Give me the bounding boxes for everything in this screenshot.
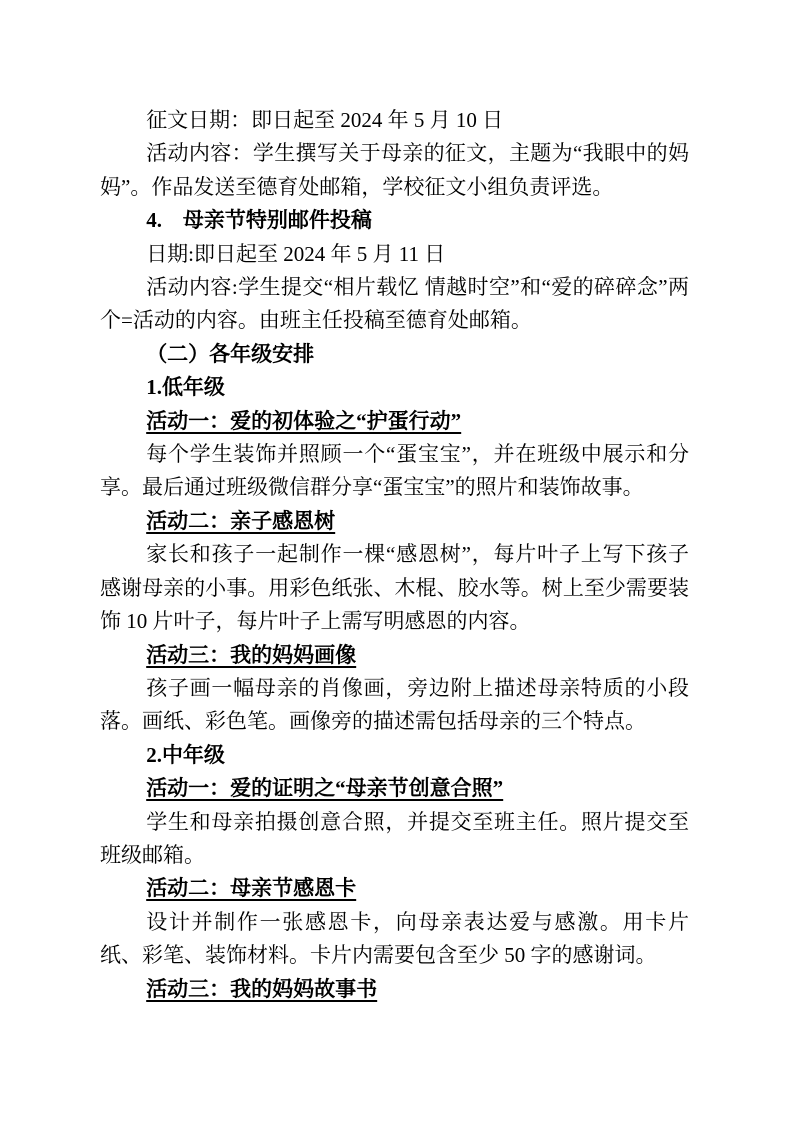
document-page: 征文日期：即日起至 2024 年 5 月 10 日活动内容：学生撰写关于母亲的征… [0,0,793,1122]
activity-heading-creative-photo: 活动一：爱的证明之“母亲节创意合照” [100,772,689,805]
document-body: 征文日期：即日起至 2024 年 5 月 10 日活动内容：学生撰写关于母亲的征… [100,104,689,1006]
gratitude-tree-paragraph: 家长和孩子一起制作一棵“感恩树”，每片叶子上写下孩子感谢母亲的小事。用彩色纸张、… [100,538,689,638]
creative-photo-paragraph: 学生和母亲拍摄创意合照，并提交至班主任。照片提交至班级邮箱。 [100,806,689,873]
mom-portrait-paragraph: 孩子画一幅母亲的肖像画，旁边附上描述母亲特质的小段落。画纸、彩色笔。画像旁的描述… [100,672,689,739]
grade-heading-lower: 1.低年级 [100,371,689,404]
essay-date-paragraph: 征文日期：即日起至 2024 年 5 月 10 日 [100,104,689,137]
section-heading-grade-arrangements: （二）各年级安排 [100,338,689,371]
activity-heading-gratitude-card: 活动二：母亲节感恩卡 [100,872,689,905]
grade-heading-middle: 2.中年级 [100,739,689,772]
gratitude-card-paragraph: 设计并制作一张感恩卡，向母亲表达爱与感激。用卡片纸、彩笔、装饰材料。卡片内需要包… [100,906,689,973]
section-heading-mail-submission: 4. 母亲节特别邮件投稿 [100,204,689,237]
activity-heading-egg-protection: 活动一：爱的初体验之“护蛋行动” [100,405,689,438]
mail-content-paragraph: 活动内容:学生提交“相片载忆 情越时空”和“爱的碎碎念”两个=活动的内容。由班主… [100,271,689,338]
egg-protection-paragraph: 每个学生装饰并照顾一个“蛋宝宝”，并在班级中展示和分享。最后通过班级微信群分享“… [100,438,689,505]
activity-heading-mom-storybook: 活动三：我的妈妈故事书 [100,973,689,1006]
mail-date-paragraph: 日期:即日起至 2024 年 5 月 11 日 [100,238,689,271]
essay-content-paragraph: 活动内容：学生撰写关于母亲的征文，主题为“我眼中的妈妈”。作品发送至德育处邮箱，… [100,137,689,204]
activity-heading-gratitude-tree: 活动二：亲子感恩树 [100,505,689,538]
activity-heading-mom-portrait: 活动三：我的妈妈画像 [100,639,689,672]
